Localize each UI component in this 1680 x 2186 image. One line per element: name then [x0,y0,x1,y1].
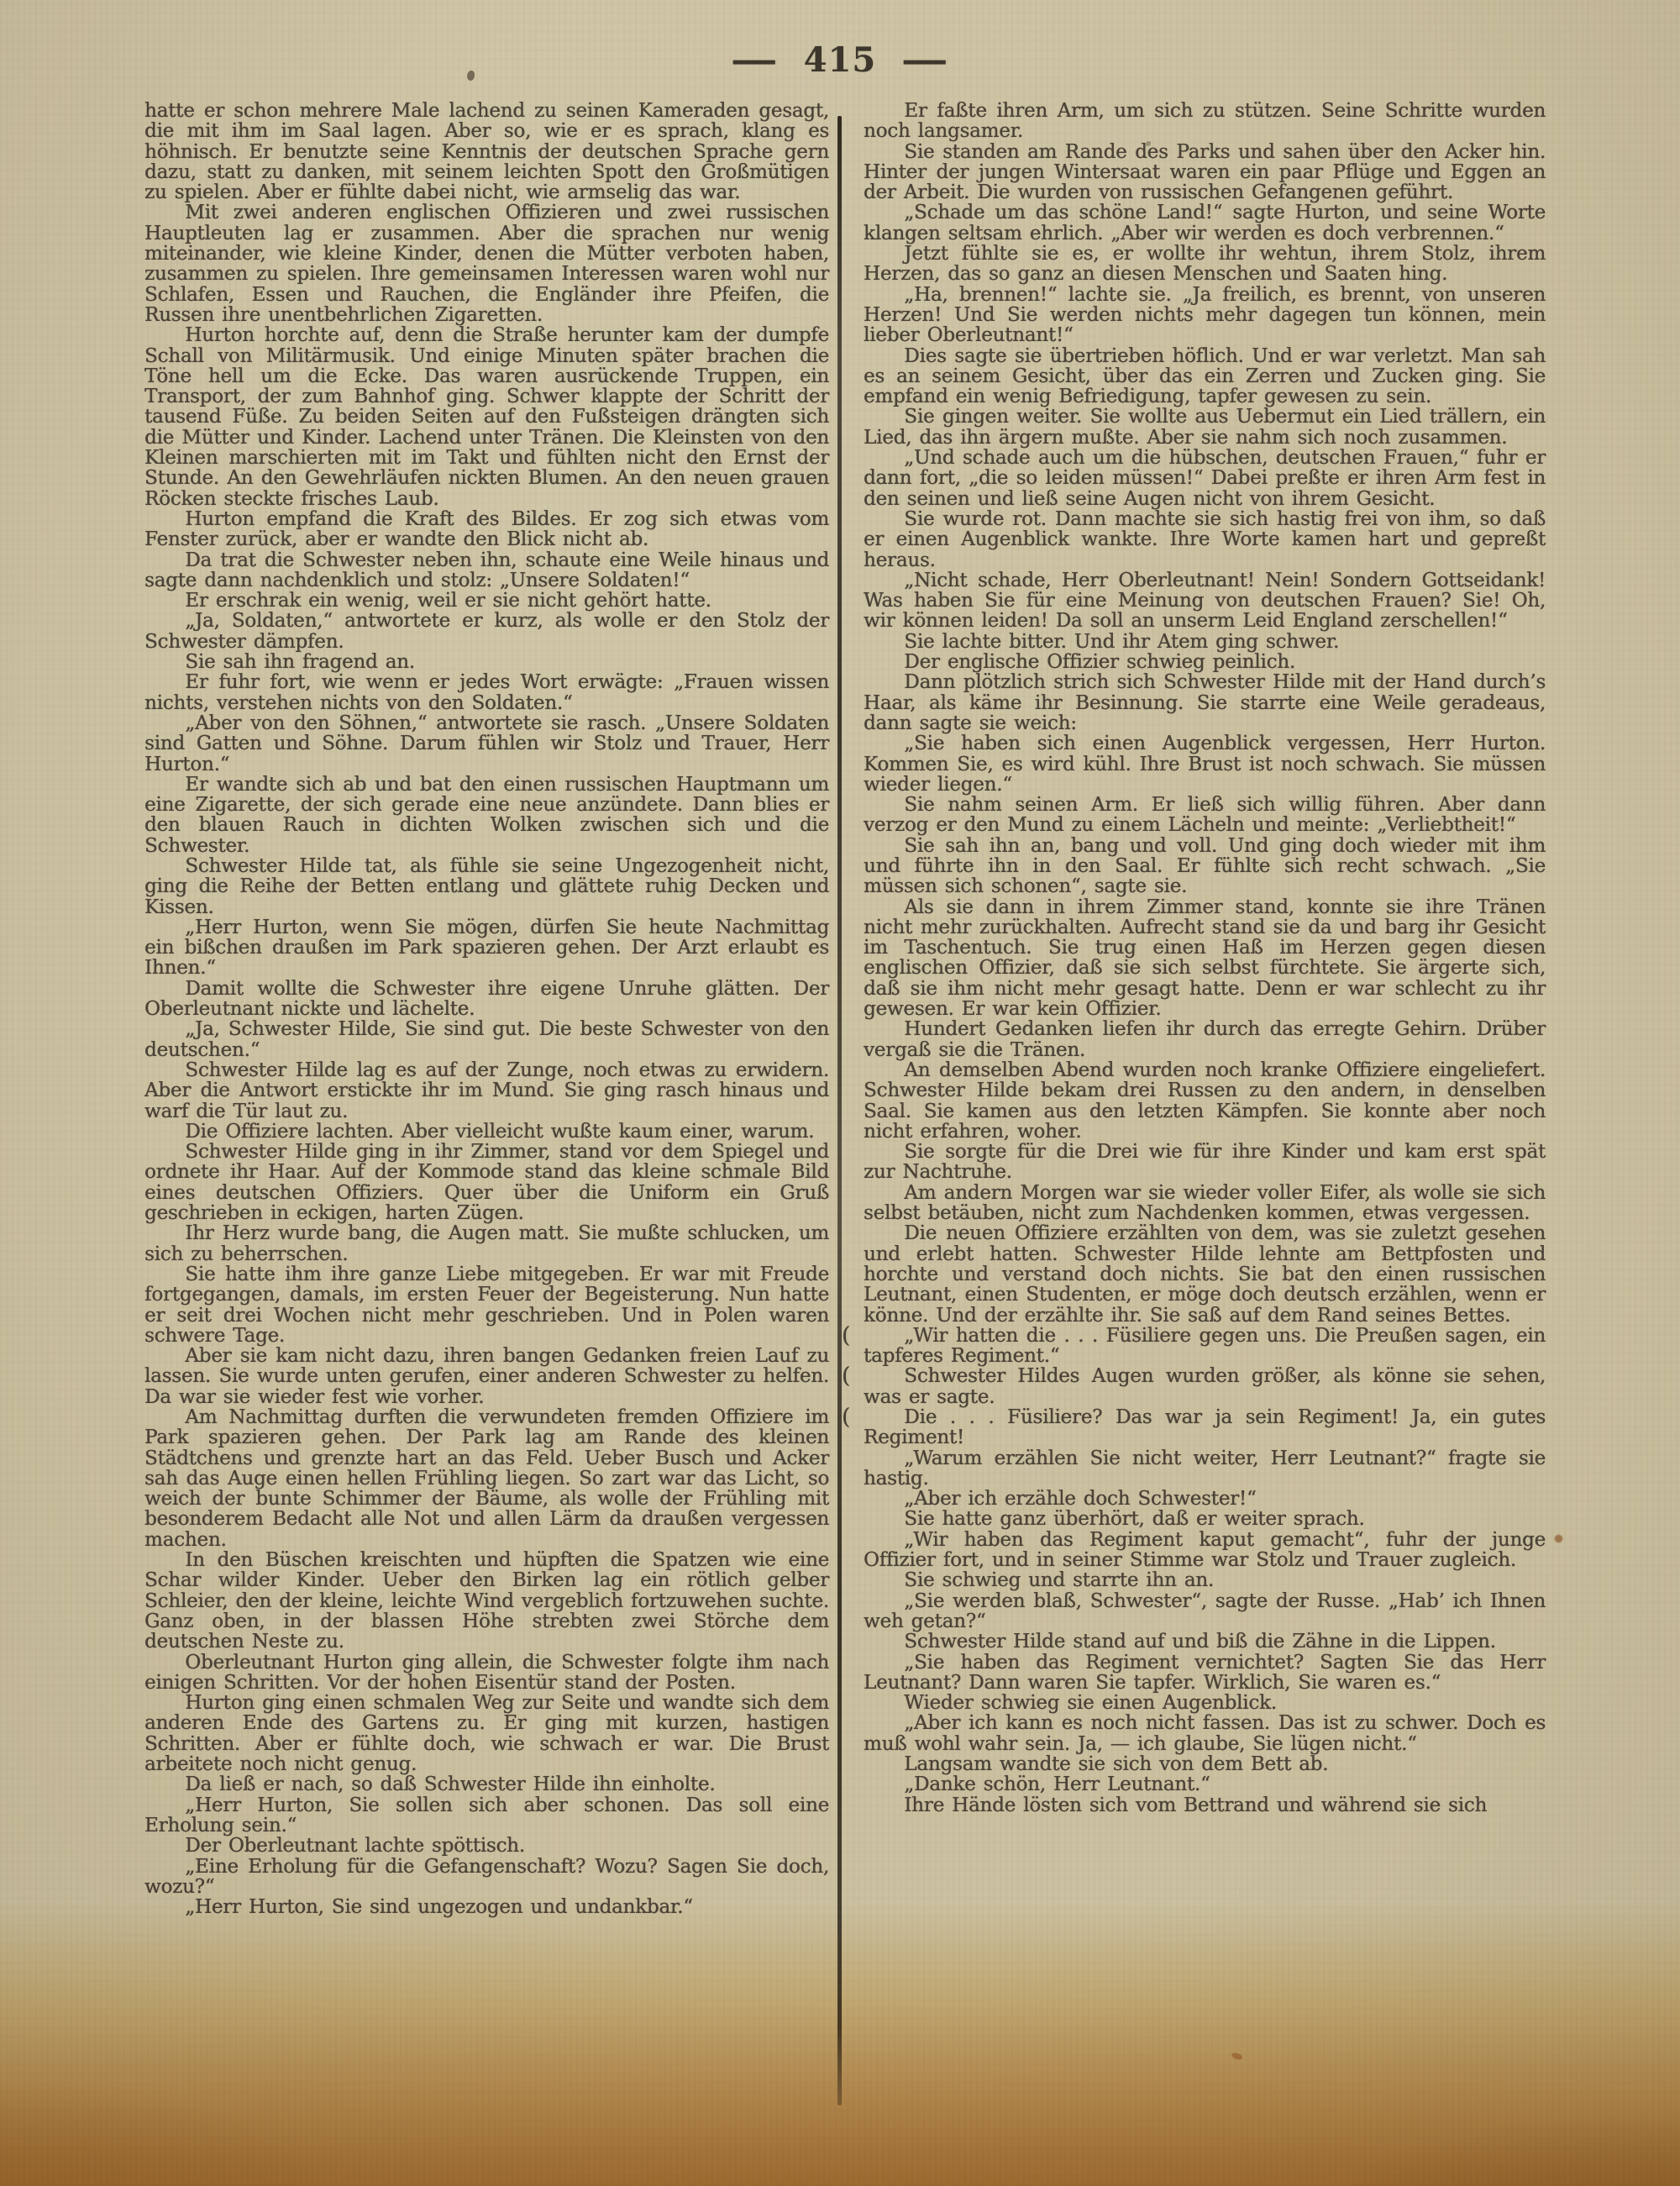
header-dash-left: — [731,40,779,80]
margin-dot-mark [1555,1535,1562,1542]
paragraph: Er erschrak ein wenig, weil er sie nicht… [144,591,829,611]
paragraph: „Aber ich erzähle doch Schwester!“ [864,1489,1546,1509]
paragraph: „Danke schön, Herr Leutnant.“ [864,1774,1546,1795]
paragraph: Als sie dann in ihrem Zimmer stand, konn… [864,897,1546,1020]
paragraph: Dies sagte sie übertrieben höflich. Und … [864,346,1546,407]
paragraph: Sie gingen weiter. Sie wollte aus Ueberm… [864,407,1546,448]
paragraph: Schwester Hilde lag es auf der Zunge, no… [144,1060,829,1122]
paragraph: Die neuen Offiziere erzählten von dem, w… [864,1223,1546,1325]
paragraph: Die Offiziere lachten. Aber vielleicht w… [144,1122,829,1142]
paragraph: Aber sie kam nicht dazu, ihren bangen Ge… [144,1346,829,1407]
pencil-margin-mark: ( [842,1366,850,1386]
paragraph: Sie standen am Rande des Parks und sahen… [864,142,1546,203]
paragraph: Der englische Offizier schwieg peinlich. [864,652,1546,672]
page-number: 415 [804,40,877,80]
paragraph: Ihre Hände lösten sich vom Bettrand und … [864,1795,1546,1816]
paragraph: „Nicht schade, Herr Oberleutnant! Nein! … [864,570,1546,632]
column-divider-rule [837,116,842,2105]
paragraph: Sie sah ihn fragend an. [144,652,829,672]
paragraph: Sie hatte ganz überhört, daß er weiter s… [864,1509,1546,1529]
paragraph: Mit zwei anderen englischen Offizieren u… [144,202,829,325]
header-dash-right: — [901,40,949,80]
paragraph: Da trat die Schwester neben ihn, schaute… [144,550,829,591]
paragraph: Da ließ er nach, so daß Schwester Hilde … [144,1774,829,1795]
paragraph: Ihr Herz wurde bang, die Augen matt. Sie… [144,1223,829,1264]
paragraph: Wieder schwieg sie einen Augenblick. [864,1693,1546,1713]
text-column-left: hatte er schon mehrere Male lachend zu s… [144,101,829,1917]
paragraph: hatte er schon mehrere Male lachend zu s… [144,101,829,202]
paragraph: „Sie haben sich einen Augenblick vergess… [864,733,1546,795]
paragraph: Sie nahm seinen Arm. Er ließ sich willig… [864,795,1546,836]
paragraph: Hundert Gedanken liefen ihr durch das er… [864,1019,1546,1060]
scanned-book-page: { "page": { "number": "415", "dash_left"… [0,0,1680,2186]
paragraph: Langsam wandte sie sich von dem Bett ab. [864,1754,1546,1774]
paragraph: Sie hatte ihm ihre ganze Liebe mitgegebe… [144,1264,829,1346]
paragraph: „Sie werden blaß, Schwester“, sagte der … [864,1591,1546,1632]
paragraph: „Herr Hurton, wenn Sie mögen, dürfen Sie… [144,917,829,979]
paragraph: „Sie haben das Regiment vernichtet? Sagt… [864,1653,1546,1694]
paragraph: Schwester Hildes Augen wurden größer, al… [864,1366,1546,1407]
paragraph: „Ja, Schwester Hilde, Sie sind gut. Die … [144,1019,829,1060]
paragraph: Hurton empfand die Kraft des Bildes. Er … [144,509,829,550]
paragraph: „Warum erzählen Sie nicht weiter, Herr L… [864,1448,1546,1490]
paragraph: Er fuhr fort, wie wenn er jedes Wort erw… [144,672,829,713]
paragraph: „Aber von den Söhnen,“ antwortete sie ra… [144,713,829,775]
paragraph: „Und schade auch um die hübschen, deutsc… [864,448,1546,509]
paragraph: Schwester Hilde tat, als fühle sie seine… [144,856,829,917]
paragraph: „Eine Erholung für die Gefangenschaft? W… [144,1857,829,1898]
paragraph: Schwester Hilde ging in ihr Zimmer, stan… [144,1142,829,1223]
book-page: —415— hatte er schon mehrere Male lachen… [0,0,1680,2186]
paragraph: Am Nachmittag durften die verwundeten fr… [144,1407,829,1550]
paragraph: Sie sorgte für die Drei wie für ihre Kin… [864,1142,1546,1183]
paragraph: Hurton horchte auf, denn die Straße heru… [144,325,829,509]
paragraph: „Schade um das schöne Land!“ sagte Hurto… [864,202,1546,244]
paragraph: „Ja, Soldaten,“ antwortete er kurz, als … [144,611,829,652]
paragraph: „Aber ich kann es noch nicht fassen. Das… [864,1713,1546,1754]
page-header: —415— [0,40,1680,80]
paragraph: „Ha, brennen!“ lachte sie. „Ja freilich,… [864,285,1546,346]
paragraph: Jetzt fühlte sie es, er wollte ihr wehtu… [864,244,1546,285]
paragraph: Er wandte sich ab und bat den einen russ… [144,775,829,856]
paragraph: Sie wurde rot. Dann machte sie sich hast… [864,509,1546,570]
paragraph: Dann plötzlich strich sich Schwester Hil… [864,672,1546,733]
paragraph: „Herr Hurton, Sie sollen sich aber schon… [144,1795,829,1837]
paragraph: Er faßte ihren Arm, um sich zu stützen. … [864,101,1546,142]
paragraph: Der Oberleutnant lachte spöttisch. [144,1836,829,1856]
paragraph: Schwester Hilde stand auf und biß die Zä… [864,1632,1546,1652]
paragraph: Damit wollte die Schwester ihre eigene U… [144,979,829,1020]
paragraph: „Herr Hurton, Sie sind ungezogen und und… [144,1897,829,1917]
paragraph: In den Büschen kreischten und hüpften di… [144,1550,829,1652]
paragraph: Die . . . Füsiliere? Das war ja sein Reg… [864,1407,1546,1448]
text-column-right: Er faßte ihren Arm, um sich zu stützen. … [864,101,1546,1816]
paragraph: Sie sah ihn an, bang und voll. Und ging … [864,836,1546,897]
paragraph: Sie lachte bitter. Und ihr Atem ging sch… [864,632,1546,652]
paragraph: Oberleutnant Hurton ging allein, die Sch… [144,1653,829,1694]
ink-speck [1231,2052,1243,2062]
pencil-margin-mark: ( [842,1326,850,1346]
paragraph: Sie schwieg und starrte ihn an. [864,1570,1546,1590]
pencil-margin-mark: ( [842,1407,850,1427]
paragraph: An demselben Abend wurden noch kranke Of… [864,1060,1546,1142]
paragraph: „Wir hatten die . . . Füsiliere gegen un… [864,1326,1546,1367]
paragraph: Am andern Morgen war sie wieder voller E… [864,1183,1546,1224]
paragraph: „Wir haben das Regiment kaput gemacht“, … [864,1530,1546,1571]
paragraph: Hurton ging einen schmalen Weg zur Seite… [144,1693,829,1774]
